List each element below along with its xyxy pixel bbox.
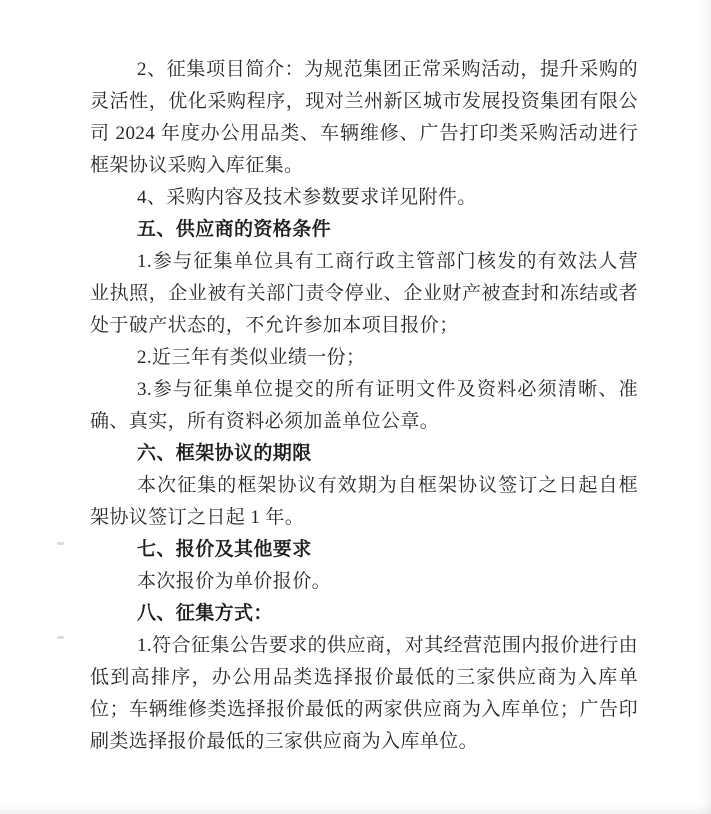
qualification-item-2-line: 2.近三年有类似业绩一份； — [90, 342, 638, 374]
collection-method-line: 低到高排序，办公用品类选择报价最低的三家供应商为入库单 — [90, 662, 638, 694]
scan-edge-right — [701, 0, 711, 814]
intro-paragraph-line: 框架协议采购入库征集。 — [90, 150, 638, 182]
collection-method-line: 刷类选择报价最低的三家供应商为入库单位。 — [90, 726, 638, 758]
document-body: 2、征集项目简介：为规范集团正常采购活动，提升采购的 灵活性，优化采购程序，现对… — [90, 54, 638, 758]
agreement-term-line: 本次征集的框架协议有效期为自框架协议签订之日起自框 — [90, 470, 638, 502]
scan-speck — [57, 636, 64, 639]
qualification-item-1-line: 业执照，企业被有关部门责令停业、企业财产被查封和冻结或者 — [90, 278, 638, 310]
collection-method-line: 1.符合征集公告要求的供应商，对其经营范围内报价进行由 — [90, 630, 638, 662]
intro-paragraph-line: 2、征集项目简介：为规范集团正常采购活动，提升采购的 — [90, 54, 638, 86]
section-heading-qualifications: 五、供应商的资格条件 — [90, 214, 638, 246]
scan-edge-bottom — [0, 805, 711, 814]
document-page: 2、征集项目简介：为规范集团正常采购活动，提升采购的 灵活性，优化采购程序，现对… — [0, 0, 711, 814]
intro-paragraph-line: 灵活性，优化采购程序，现对兰州新区城市发展投资集团有限公 — [90, 86, 638, 118]
qualification-item-1-line: 处于破产状态的，不允许参加本项目报价； — [90, 310, 638, 342]
qualification-item-1-line: 1.参与征集单位具有工商行政主管部门核发的有效法人营 — [90, 246, 638, 278]
section-heading-agreement-term: 六、框架协议的期限 — [90, 438, 638, 470]
procurement-content-line: 4、采购内容及技术参数要求详见附件。 — [90, 182, 638, 214]
collection-method-line: 位；车辆维修类选择报价最低的两家供应商为入库单位；广告印 — [90, 694, 638, 726]
qualification-item-3-line: 确、真实，所有资料必须加盖单位公章。 — [90, 406, 638, 438]
qualification-item-3-line: 3.参与征集单位提交的所有证明文件及资料必须清晰、准 — [90, 374, 638, 406]
quotation-line: 本次报价为单价报价。 — [90, 566, 638, 598]
scan-speck — [57, 542, 64, 545]
section-heading-quotation: 七、报价及其他要求 — [90, 534, 638, 566]
section-heading-collection-method: 八、征集方式： — [90, 598, 638, 630]
agreement-term-line: 架协议签订之日起 1 年。 — [90, 502, 638, 534]
intro-paragraph-line: 司 2024 年度办公用品类、车辆维修、广告打印类采购活动进行 — [90, 118, 638, 150]
